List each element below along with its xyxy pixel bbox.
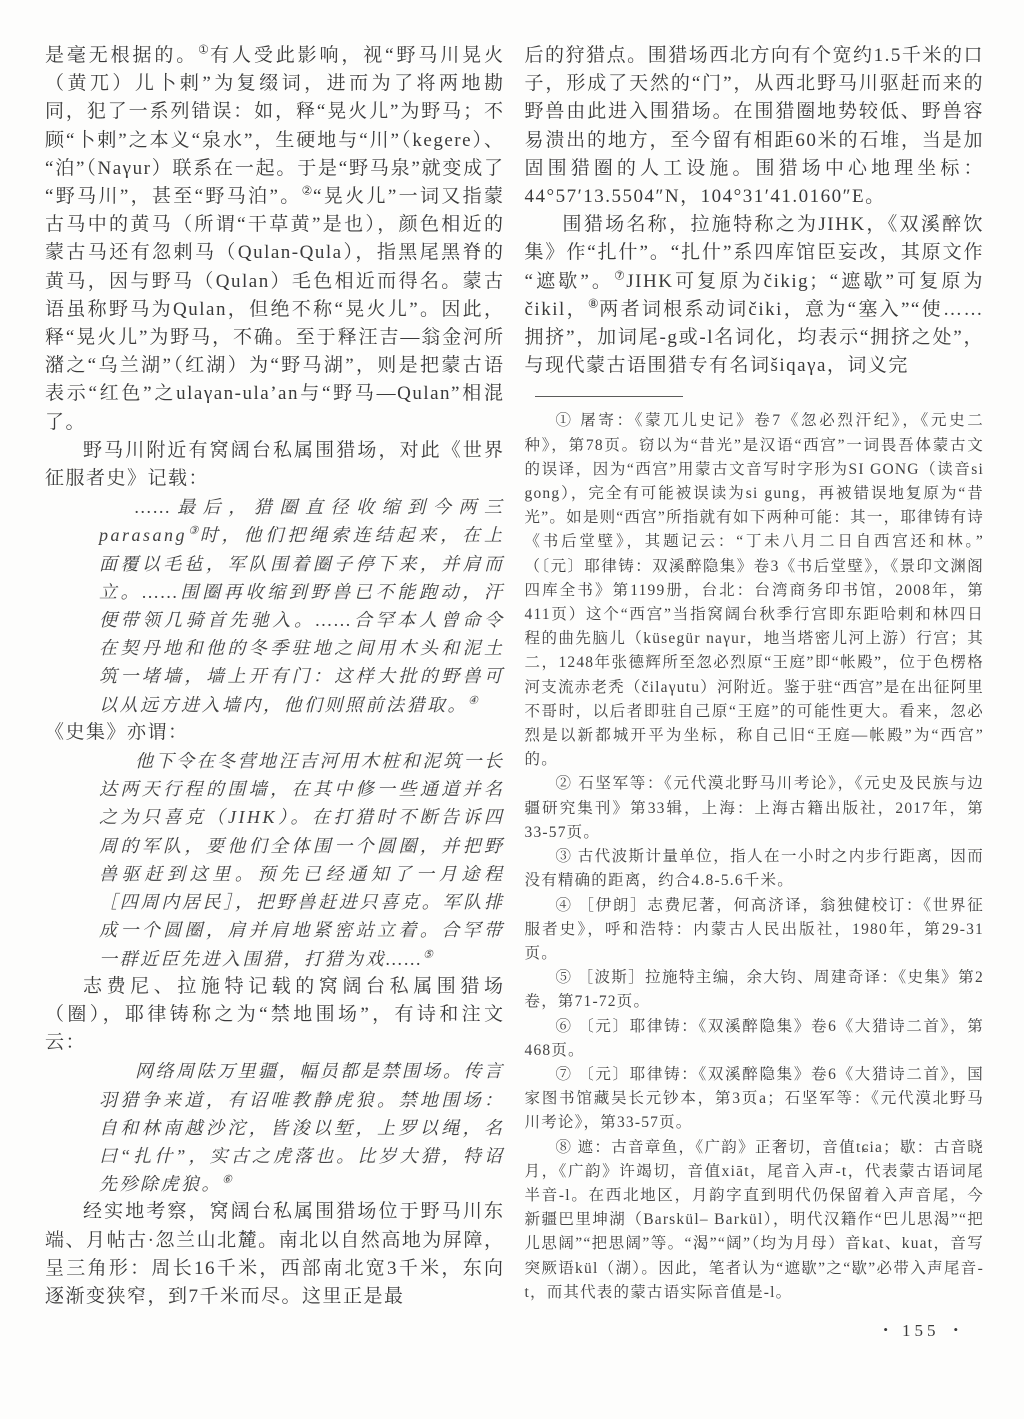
footnote-item: ⑤ ［波斯］拉施特主编，余大钧、周建奇译：《史集》第2卷，第71-72页。 <box>525 966 985 1014</box>
footnotes-section: ① 屠寄：《蒙兀儿史记》卷7《忽必烈汗纪》，《元史二种》，第78页。窃以为“昔光… <box>525 409 985 1305</box>
footnote-item: ⑦ 〔元〕耶律铸：《双溪醉隐集》卷6《大猎诗二首》，国家图书馆藏吴长元钞本，第3… <box>525 1063 985 1136</box>
left-column-text: 是毫无根据的。①有人受此影响，视“野马川晃火（黄兀）儿卜剌”为复缀词，进而为了将… <box>45 42 505 1311</box>
quote-block: 他下令在冬营地汪吉河用木桩和泥筑一长达两天行程的围墙，在其中修一些通道并名之为只… <box>99 747 505 973</box>
body-paragraph: 围猎场名称，拉施特称之为JIHK，《双溪醉饮集》作“扎什”。“扎什”系四库馆臣妄… <box>525 211 985 380</box>
footnote-item: ① 屠寄：《蒙兀儿史记》卷7《忽必烈汗纪》，《元史二种》，第78页。窃以为“昔光… <box>525 409 985 772</box>
body-paragraph: 经实地考察，窝阔台私属围猎场位于野马川东端、月帖古·忽兰山北麓。南北以自然高地为… <box>45 1198 505 1311</box>
footnote-ref: ④ <box>468 695 478 707</box>
body-paragraph: 志费尼、拉施特记载的窝阔台私属围猎场（圈），耶律铸称之为“禁地围场”，有诗和注文… <box>45 973 505 1058</box>
footnote-ref: ③ <box>187 525 200 537</box>
left-column: 是毫无根据的。①有人受此影响，视“野马川晃火（黄兀）儿卜剌”为复缀词，进而为了将… <box>45 42 505 1341</box>
footnote-item: ② 石坚军等：《元代漠北野马川考论》，《元史及民族与边疆研究集刊》第33辑，上海… <box>525 772 985 845</box>
footnote-item: ③ 古代波斯计量单位，指人在一小时之内步行距离，因而没有精确的距离，约合4.8-… <box>525 845 985 893</box>
body-paragraph: 《史集》亦谓： <box>45 719 505 747</box>
footnote-item: ⑥ 〔元〕耶律铸：《双溪醉隐集》卷6《大猎诗二首》，第468页。 <box>525 1015 985 1063</box>
quote-block: ……最后，猎圈直径收缩到今两三parasang③时，他们把绳索连结起来，在上面覆… <box>99 493 505 719</box>
footnote-divider <box>535 396 683 397</box>
footnote-ref: ① <box>198 44 210 57</box>
page-number-right-dot: • <box>953 1322 958 1337</box>
page-number-left-dot: • <box>883 1322 888 1337</box>
footnote-ref: ⑦ <box>614 269 626 282</box>
quote-block: 网络周阹万里疆，幅员都是禁围场。传言羽猎争来道，有诏唯教静虎狼。禁地围场：自和林… <box>99 1057 505 1198</box>
footnote-item: ⑧ 遮：古音章鱼，《广韵》正奢切，音值tɕia；歇：古音晓月，《广韵》许竭切，音… <box>525 1136 985 1305</box>
right-column-text: 后的狩猎点。围猎场西北方向有个宽约1.5千米的口子，形成了天然的“门”，从西北野… <box>525 42 985 380</box>
footnote-ref: ⑧ <box>588 298 599 311</box>
two-column-layout: 是毫无根据的。①有人受此影响，视“野马川晃火（黄兀）儿卜剌”为复缀词，进而为了将… <box>45 42 984 1341</box>
footnote-ref: ② <box>302 185 313 198</box>
journal-page: 是毫无根据的。①有人受此影响，视“野马川晃火（黄兀）儿卜剌”为复缀词，进而为了将… <box>0 0 1024 1419</box>
body-paragraph: 野马川附近有窝阔台私属围猎场，对此《世界征服者史》记载： <box>45 437 505 493</box>
body-paragraph: 是毫无根据的。①有人受此影响，视“野马川晃火（黄兀）儿卜剌”为复缀词，进而为了将… <box>45 42 505 437</box>
footnote-ref: ⑤ <box>423 949 433 961</box>
body-paragraph: 后的狩猎点。围猎场西北方向有个宽约1.5千米的口子，形成了天然的“门”，从西北野… <box>525 42 985 211</box>
footnote-item: ④ ［伊朗］志费尼著，何高济译，翁独健校订：《世界征服者史》，呼和浩特：内蒙古人… <box>525 894 985 967</box>
footnote-ref: ⑥ <box>222 1174 232 1186</box>
page-number: •155• <box>525 1321 985 1341</box>
page-number-value: 155 <box>902 1321 940 1340</box>
right-column: 后的狩猎点。围猎场西北方向有个宽约1.5千米的口子，形成了天然的“门”，从西北野… <box>525 42 985 1341</box>
